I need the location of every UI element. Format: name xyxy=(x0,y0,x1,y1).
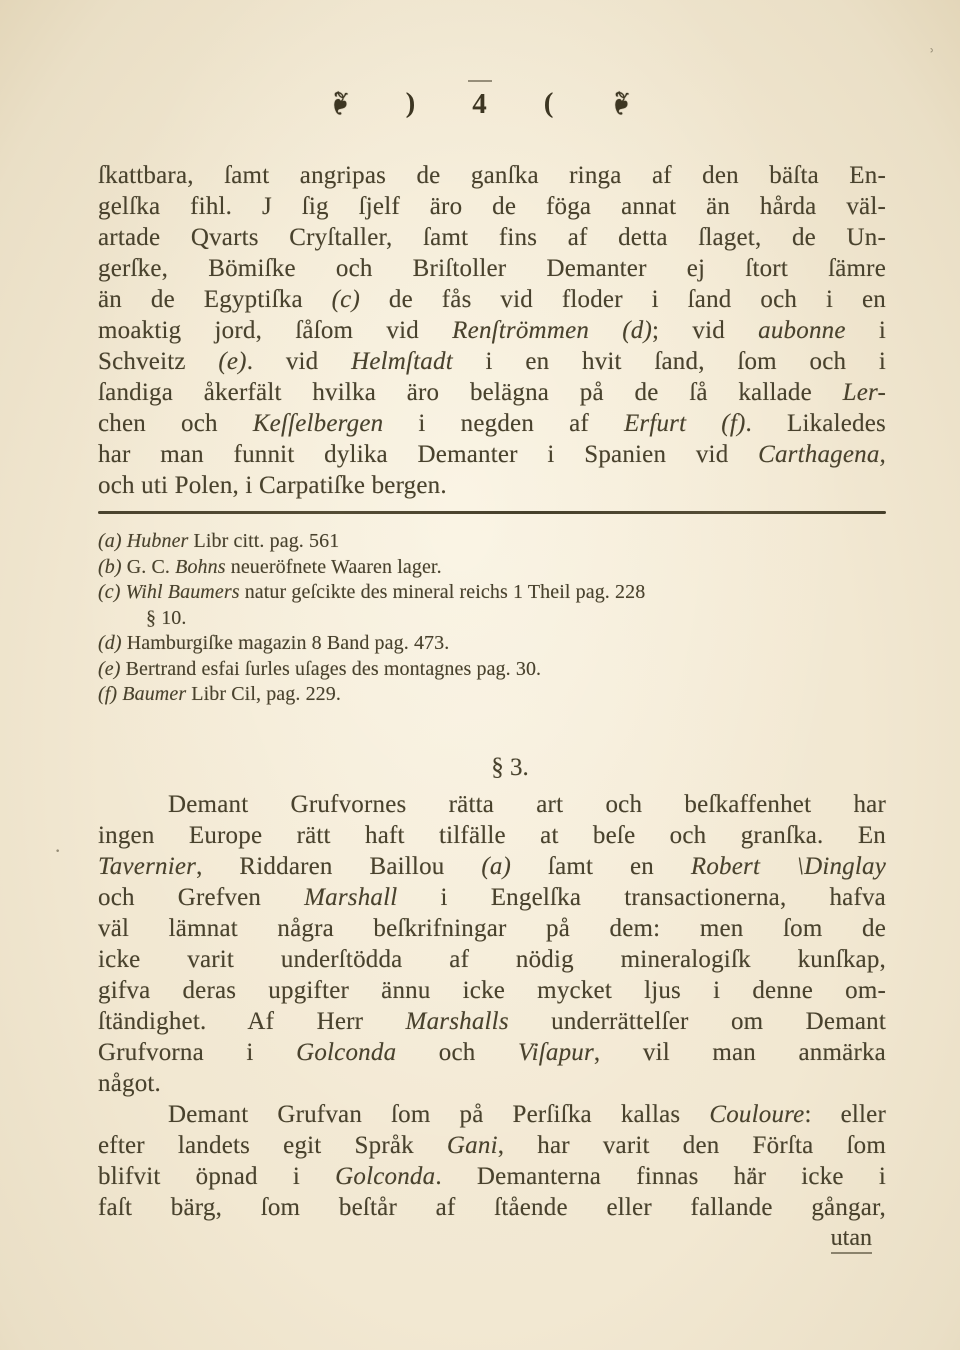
catchword-row: utan xyxy=(98,1224,886,1254)
text-line: faſt bärg, ſom beſtår af ſtående eller f… xyxy=(98,1192,886,1223)
text-line: (c) Wihl Baumers natur geſcikte des mine… xyxy=(98,580,886,606)
opening-paragraph: ſkattbara, ſamt angripas de ganſka ringa… xyxy=(98,160,886,501)
text-line: (e) Bertrand esfai ſurles uſages des mon… xyxy=(98,657,886,683)
paragraph-couloure-mine: Demant Grufvan ſom på Perſiſka kallas Co… xyxy=(98,1099,886,1223)
text-line: chen och Keſſelbergen i negden af Erfurt… xyxy=(98,408,886,439)
text-line: gifva deras upgifter ännu icke mycket lj… xyxy=(98,975,886,1006)
text-line: än de Egyptiſka (c) de fås vid floder i … xyxy=(98,284,886,315)
text-line: ſkattbara, ſamt angripas de ganſka ringa… xyxy=(98,160,886,191)
text-line: moaktig jord, ſåſom vid Renſtrömmen (d);… xyxy=(98,315,886,346)
text-line: gelſka fihl. J ſig ſjelf äro de föga ann… xyxy=(98,191,886,222)
text-line: (b) G. C. Bohns neueröfnete Waaren lager… xyxy=(98,555,886,581)
footnote-rule xyxy=(98,511,886,514)
text-line: ingen Europe rätt haft tilfälle at beſe … xyxy=(98,820,886,851)
catchword: utan xyxy=(831,1224,872,1254)
text-line: Demant Grufvan ſom på Perſiſka kallas Co… xyxy=(98,1099,886,1130)
text-line: Tavernier, Riddaren Baillou (a) ſamt en … xyxy=(98,851,886,882)
text-block: ſkattbara, ſamt angripas de ganſka ringa… xyxy=(98,160,886,1254)
fleuron-ornament-icon: ❧ xyxy=(317,89,361,118)
text-line: Demant Grufvornes rätta art och beſkaffe… xyxy=(98,789,886,820)
text-line: artade Qvarts Cryſtaller, ſamt fins af d… xyxy=(98,222,886,253)
text-line: och uti Polen, i Carpatiſke bergen. xyxy=(98,470,886,501)
fleuron-ornament-icon: ❧ xyxy=(599,89,643,118)
text-line: något. xyxy=(98,1068,886,1099)
text-line: (a) Hubner Libr citt. pag. 561 xyxy=(98,529,886,555)
text-line: gerſke, Bömiſke och Briſtoller Demanter … xyxy=(98,253,886,284)
text-line: § 10. xyxy=(98,606,886,632)
ink-mark: · xyxy=(54,838,61,864)
page-header: ❧ ) 4 ( ❧ xyxy=(0,0,960,126)
text-line: icke varit underſtödda af nödig mineralo… xyxy=(98,944,886,975)
text-line: ſtändighet. Af Herr Marshalls underrätte… xyxy=(98,1006,886,1037)
text-line: och Grefven Marshall i Engelſka transact… xyxy=(98,882,886,913)
book-page: ❧ ) 4 ( ❧ ſkattbara, ſamt angripas de ga… xyxy=(0,0,960,1350)
text-line: ſandiga åkerfält hvilka äro belägna på d… xyxy=(98,377,886,408)
footnotes: (a) Hubner Libr citt. pag. 561(b) G. C. … xyxy=(98,529,886,708)
header-bracket-left: ) xyxy=(406,81,417,125)
text-line: väl lämnat några beſkrifningar på dem: m… xyxy=(98,913,886,944)
text-line: har man funnit dylika Demanter i Spanien… xyxy=(98,439,886,470)
text-line: Grufvorna i Golconda och Viſapur, vil ma… xyxy=(98,1037,886,1068)
paragraph-section-3: Demant Grufvornes rätta art och beſkaffe… xyxy=(98,789,886,1099)
text-line: (d) Hamburgiſke magazin 8 Band pag. 473. xyxy=(98,631,886,657)
page-number: 4 xyxy=(468,80,492,126)
text-line: blifvit öpnad i Golconda. Demanterna fin… xyxy=(98,1161,886,1192)
text-line: efter landets egit Språk Gani, har varit… xyxy=(98,1130,886,1161)
text-line: Schveitz (e). vid Helmſtadt i en hvit ſa… xyxy=(98,346,886,377)
header-bracket-right: ( xyxy=(544,81,555,125)
text-line: (f) Baumer Libr Cil, pag. 229. xyxy=(98,682,886,708)
section-heading: § 3. xyxy=(116,752,904,783)
